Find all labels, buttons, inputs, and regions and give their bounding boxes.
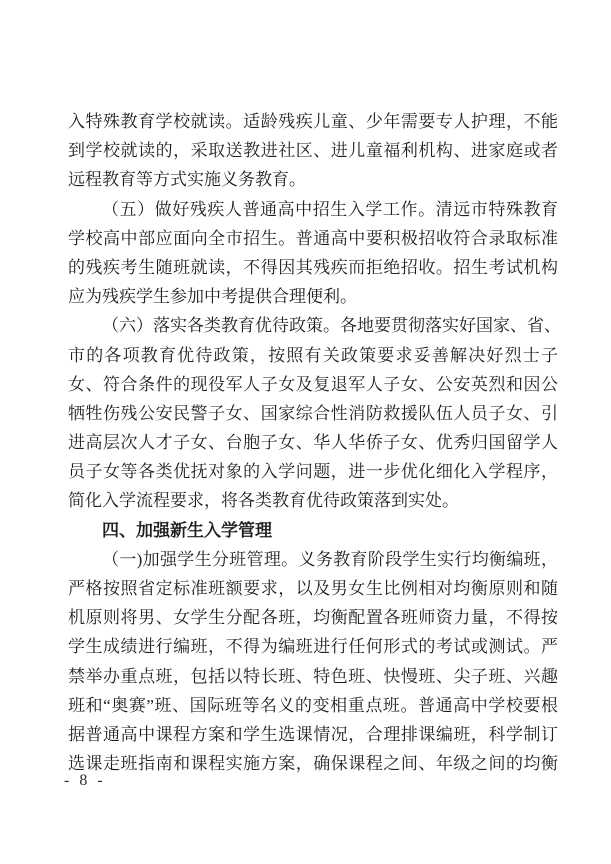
text-line: （一)加强学生分班管理。义务教育阶段学生实行均衡编班，	[68, 545, 558, 574]
document-page: 入特殊教育学校就读。适龄残疾儿童、少年需要专人护理，不能到学校就读的，采取送教进…	[0, 0, 611, 864]
text-line: 机原则将男、女学生分配各班，均衡配置各班师资力量，不得按	[68, 603, 558, 632]
text-line: 的残疾考生随班就读，不得因其残疾而拒绝招收。招生考试机构	[68, 253, 558, 282]
text-line: 员子女等各类优抚对象的入学问题，进一步优化细化入学程序，	[68, 457, 558, 486]
text-line: 牺牲伤残公安民警子女、国家综合性消防救援队伍人员子女、引	[68, 399, 558, 428]
text-line: 禁举办重点班，包括以特长班、特色班、快慢班、尖子班、兴趣	[68, 662, 558, 691]
text-line: 女、符合条件的现役军人子女及复退军人子女、公安英烈和因公	[68, 370, 558, 399]
text-line: 进高层次人才子女、台胞子女、华人华侨子女、优秀归国留学人	[68, 428, 558, 457]
text-line: 到学校就读的，采取送教进社区、进儿童福利机构、进家庭或者	[68, 136, 558, 165]
section-heading: 四、加强新生入学管理	[68, 516, 558, 545]
text-line: 选课走班指南和课程实施方案，确保课程之间、年级之间的均衡	[68, 749, 558, 778]
text-line: （六）落实各类教育优待政策。各地要贯彻落实好国家、省、	[68, 311, 558, 340]
text-line: 严格按照省定标准班额要求，以及男女生比例相对均衡原则和随	[68, 574, 558, 603]
text-line: 学校高中部应面向全市招生。普通高中要积极招收符合录取标准	[68, 224, 558, 253]
text-line: （五）做好残疾人普通高中招生入学工作。清远市特殊教育	[68, 195, 558, 224]
text-line: 市的各项教育优待政策，按照有关政策要求妥善解决好烈士子	[68, 341, 558, 370]
page-number: - 8 -	[64, 769, 106, 793]
text-line: 简化入学流程要求，将各类教育优待政策落到实处。	[68, 486, 558, 515]
text-line: 据普通高中课程方案和学生选课情况，合理排课编班，科学制订	[68, 720, 558, 749]
text-line: 应为残疾学生参加中考提供合理便利。	[68, 282, 558, 311]
document-body: 入特殊教育学校就读。适龄残疾儿童、少年需要专人护理，不能到学校就读的，采取送教进…	[68, 107, 558, 778]
text-line: 入特殊教育学校就读。适龄残疾儿童、少年需要专人护理，不能	[68, 107, 558, 136]
text-line: 学生成绩进行编班，不得为编班进行任何形式的考试或测试。严	[68, 632, 558, 661]
text-line: 班和“奥赛”班、国际班等名义的变相重点班。普通高中学校要根	[68, 691, 558, 720]
text-line: 远程教育等方式实施义务教育。	[68, 165, 558, 194]
